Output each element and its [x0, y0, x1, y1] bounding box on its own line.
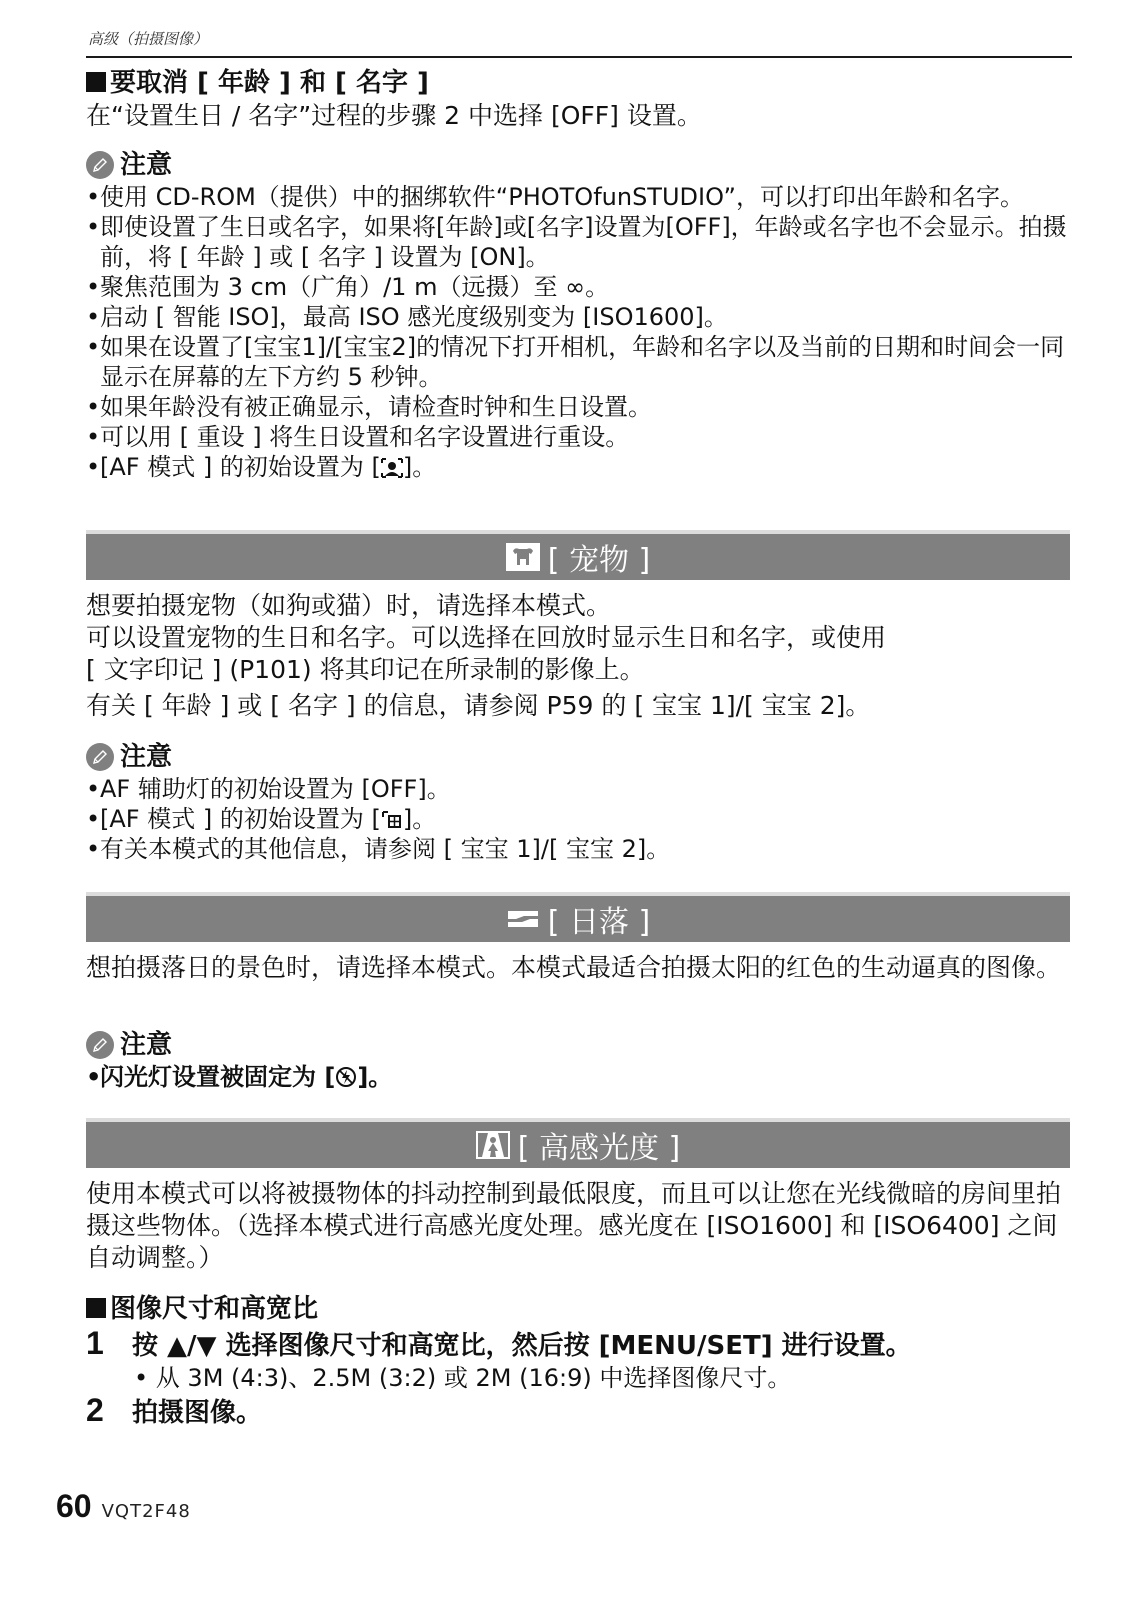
- paragraph: 使用本模式可以将被摄物体的抖动控制到最低限度，而且可以让您在光线微暗的房间里拍摄…: [86, 1178, 1072, 1274]
- step-1: 1 按 ▲/▼ 选择图像尺寸和高宽比，然后按 [MENU/SET] 进行设置。: [86, 1326, 1072, 1363]
- section-band-high-sensitivity: [ 高感光度 ]: [86, 1118, 1070, 1168]
- step-2: 2 拍摄图像。: [86, 1393, 1072, 1430]
- step-1-detail: • 从 3M (4:3)、2.5M (3:2) 或 2M (16:9) 中选择图…: [86, 1363, 1072, 1393]
- note-block-sunset: 注意 闪光灯设置被固定为 []。: [86, 1028, 1072, 1092]
- note-item: 如果年龄没有被正确显示，请检查时钟和生日设置。: [86, 392, 1072, 422]
- paragraph: [ 文字印记 ] (P101) 将其印记在所录制的影像上。: [86, 654, 1072, 686]
- paragraph: 有关 [ 年龄 ] 或 [ 名字 ] 的信息，请参阅 P59 的 [ 宝宝 1]…: [86, 690, 1072, 722]
- note-item: 启动 [ 智能 ISO]，最高 ISO 感光度级别变为 [ISO1600]。: [86, 302, 1072, 332]
- note-item: [AF 模式 ] 的初始设置为 []。: [86, 804, 1072, 834]
- note-item: [AF 模式 ] 的初始设置为 []。: [86, 452, 1072, 482]
- image-size-steps: 图像尺寸和高宽比 1 按 ▲/▼ 选择图像尺寸和高宽比，然后按 [MENU/SE…: [86, 1292, 1072, 1430]
- note-item: 如果在设置了[宝宝1]/[宝宝2]的情况下打开相机，年龄和名字以及当前的日期和时…: [86, 332, 1072, 392]
- pencil-note-icon: [86, 151, 114, 179]
- document-code: VQT2F48: [102, 1501, 191, 1522]
- note-item: AF 辅助灯的初始设置为 [OFF]。: [86, 774, 1072, 804]
- note-list: 闪光灯设置被固定为 []。: [86, 1062, 1072, 1092]
- note-item: 聚焦范围为 3 cm（广角）/1 m（远摄）至 ∞。: [86, 272, 1072, 302]
- note-item: 即使设置了生日或名字，如果将[年龄]或[名字]设置为[OFF]，年龄或名字也不会…: [86, 212, 1072, 272]
- running-header: 高级（拍摄图像）: [86, 24, 1072, 58]
- pet-section-body: 想要拍摄宠物（如狗或猫）时，请选择本模式。 可以设置宠物的生日和名字。可以选择在…: [86, 590, 1072, 722]
- cancel-age-name-section: 要取消 [ 年龄 ] 和 [ 名字 ] 在“设置生日 / 名字”过程的步骤 2 …: [86, 66, 1072, 132]
- pencil-note-icon: [86, 1031, 114, 1059]
- sunset-section-body: 想拍摄落日的景色时，请选择本模式。本模式最适合拍摄太阳的红色的生动逼真的图像。: [86, 952, 1072, 984]
- note-item: 有关本模式的其他信息，请参阅 [ 宝宝 1]/[ 宝宝 2]。: [86, 834, 1072, 864]
- sunset-mode-icon: [506, 905, 540, 933]
- note-heading: 注意: [86, 148, 1072, 182]
- note-block-1: 注意 使用 CD-ROM（提供）中的捆绑软件“PHOTOfunSTUDIO”，可…: [86, 148, 1072, 482]
- page-number: 60: [56, 1488, 92, 1525]
- pet-mode-icon: [506, 543, 540, 571]
- note-heading: 注意: [86, 1028, 1072, 1062]
- paragraph: 可以设置宠物的生日和名字。可以选择在回放时显示生日和名字，或使用: [86, 622, 1072, 654]
- note-item: 可以用 [ 重设 ] 将生日设置和名字设置进行重设。: [86, 422, 1072, 452]
- paragraph: 在“设置生日 / 名字”过程的步骤 2 中选择 [OFF] 设置。: [86, 100, 1072, 132]
- paragraph: 想拍摄落日的景色时，请选择本模式。本模式最适合拍摄太阳的红色的生动逼真的图像。: [86, 952, 1072, 984]
- note-item: 闪光灯设置被固定为 []。: [86, 1062, 1072, 1092]
- note-block-pet: 注意 AF 辅助灯的初始设置为 [OFF]。 [AF 模式 ] 的初始设置为 […: [86, 740, 1072, 864]
- note-list: AF 辅助灯的初始设置为 [OFF]。 [AF 模式 ] 的初始设置为 []。 …: [86, 774, 1072, 864]
- square-bullet-icon: [86, 72, 106, 92]
- page-footer: 60 VQT2F48: [56, 1488, 191, 1525]
- note-item: 使用 CD-ROM（提供）中的捆绑软件“PHOTOfunSTUDIO”，可以打印…: [86, 182, 1072, 212]
- af-tracking-icon: [381, 810, 403, 830]
- high-sensitivity-icon: [476, 1131, 510, 1159]
- section-title: 高级（拍摄图像）: [88, 28, 208, 49]
- subheading: 图像尺寸和高宽比: [86, 1292, 1072, 1326]
- square-bullet-icon: [86, 1298, 106, 1318]
- section-band-sunset: [ 日落 ]: [86, 892, 1070, 942]
- paragraph: 想要拍摄宠物（如狗或猫）时，请选择本模式。: [86, 590, 1072, 622]
- pencil-note-icon: [86, 743, 114, 771]
- section-band-pet: [ 宠物 ]: [86, 530, 1070, 580]
- face-detection-icon: [381, 458, 403, 478]
- subheading: 要取消 [ 年龄 ] 和 [ 名字 ]: [86, 66, 1072, 100]
- high-sensitivity-body: 使用本模式可以将被摄物体的抖动控制到最低限度，而且可以让您在光线微暗的房间里拍摄…: [86, 1178, 1072, 1274]
- note-list: 使用 CD-ROM（提供）中的捆绑软件“PHOTOfunSTUDIO”，可以打印…: [86, 182, 1072, 482]
- note-heading: 注意: [86, 740, 1072, 774]
- flash-off-icon: [335, 1066, 357, 1088]
